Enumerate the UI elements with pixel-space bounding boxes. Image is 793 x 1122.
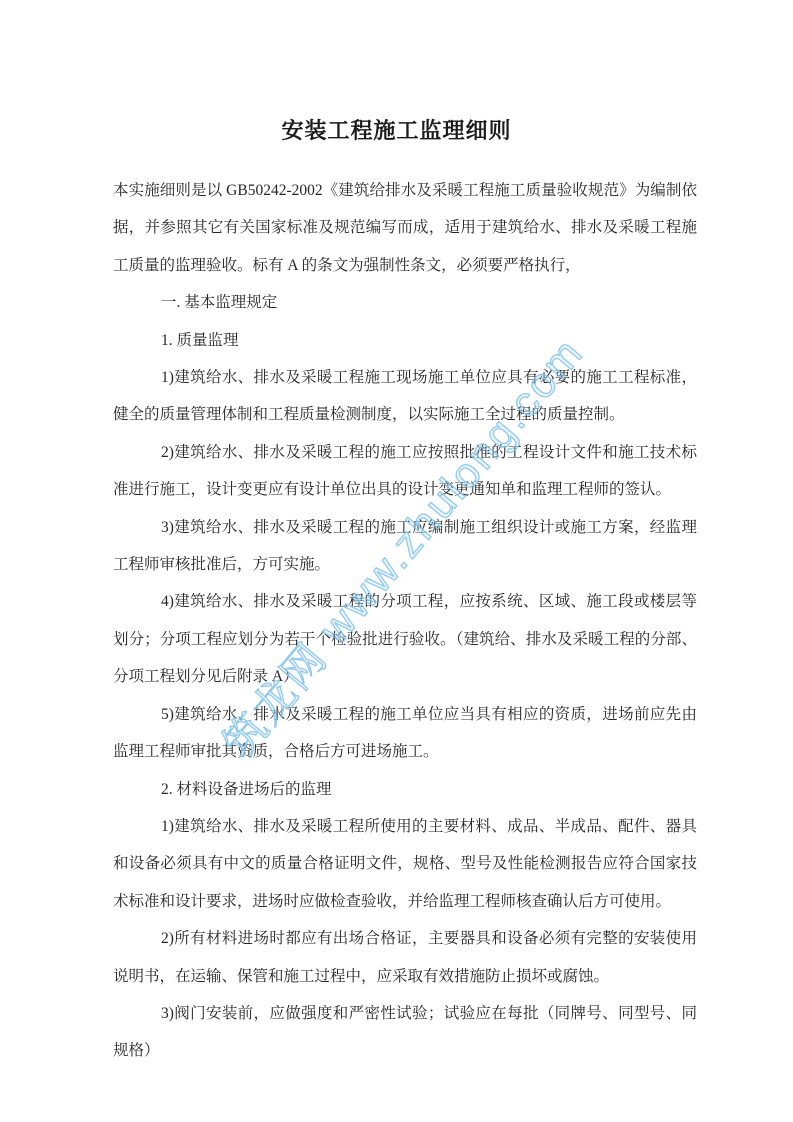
paragraph-quality-item-4: 4)建筑给水、排水及采暖工程的分项工程，应按系统、区域、施工段或楼层等划分；分项… (113, 583, 697, 695)
paragraph-materials-item-2: 2)所有材料进场时都应有出场合格证，主要器具和设备必须有完整的安装使用说明书，在… (113, 920, 697, 995)
paragraph-quality-item-3: 3)建筑给水、排水及采暖工程的施工应编制施工组织设计或施工方案，经监理工程师审核… (113, 509, 697, 584)
document-body: 本实施细则是以 GB50242-2002《建筑给排水及采暖工程施工质量验收规范》… (113, 172, 697, 1070)
paragraph-materials-item-1: 1)建筑给水、排水及采暖工程所使用的主要材料、成品、半成品、配件、器具和设备必须… (113, 808, 697, 920)
section-heading-basic-rules: 一. 基本监理规定 (113, 284, 697, 321)
subsection-heading-materials: 2. 材料设备进场后的监理 (113, 771, 697, 808)
paragraph-intro: 本实施细则是以 GB50242-2002《建筑给排水及采暖工程施工质量验收规范》… (113, 172, 697, 284)
document-title: 安装工程施工监理细则 (0, 0, 793, 146)
paragraph-materials-item-3: 3)阀门安装前，应做强度和严密性试验；试验应在每批（同牌号、同型号、同规格） (113, 995, 697, 1070)
paragraph-quality-item-1: 1)建筑给水、排水及采暖工程施工现场施工单位应具有必要的施工工程标准，健全的质量… (113, 359, 697, 434)
document-page: 筑龙网 www.zhulong.com 安装工程施工监理细则 本实施细则是以 G… (0, 0, 793, 1122)
subsection-heading-quality: 1. 质量监理 (113, 322, 697, 359)
paragraph-quality-item-5: 5)建筑给水、排水及采暖工程的施工单位应当具有相应的资质，进场前应先由监理工程师… (113, 696, 697, 771)
paragraph-quality-item-2: 2)建筑给水、排水及采暖工程的施工应按照批准的工程设计文件和施工技术标准进行施工… (113, 434, 697, 509)
